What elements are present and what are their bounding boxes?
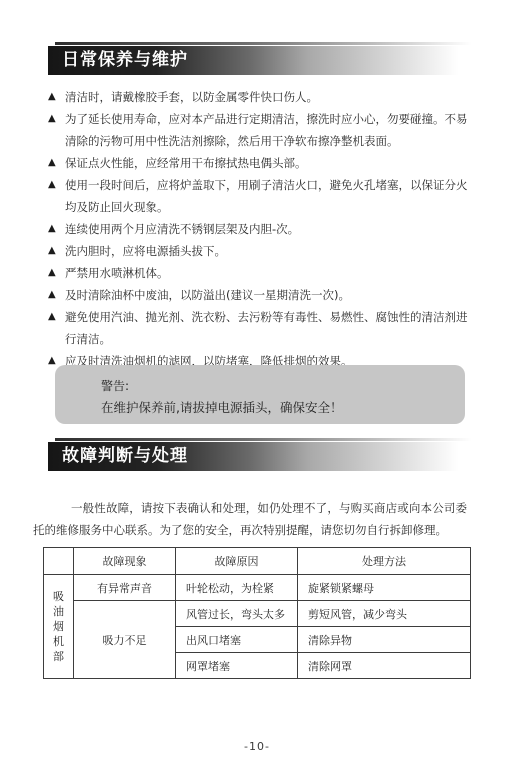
warning-text: 在维护保养前,请拔掉电源插头，确保安全！ bbox=[101, 397, 465, 419]
table-header-empty bbox=[44, 548, 74, 575]
bullet-text: 连续使用两个月应清洗不锈钢层架及内胆-次。 bbox=[65, 218, 473, 240]
section-header-maintenance: 日常保养与维护 bbox=[48, 42, 480, 75]
warning-box: 警告: 在维护保养前,请拔掉电源插头，确保安全！ bbox=[55, 365, 465, 424]
cell-cause: 风管过长，弯头太多 bbox=[176, 601, 298, 627]
table-header-phenomenon: 故障现象 bbox=[74, 548, 176, 575]
fault-table: 故障现象 故障原因 处理方法 吸油烟机部 有异常声音 叶轮松动，为栓紧 旋紧锁紧… bbox=[43, 547, 471, 679]
triangle-bullet-icon: ▲ bbox=[48, 86, 65, 108]
triangle-bullet-icon: ▲ bbox=[48, 240, 65, 262]
table-header-solution: 处理方法 bbox=[298, 548, 471, 575]
cell-solution: 旋紧锁紧螺母 bbox=[298, 575, 471, 601]
triangle-bullet-icon: ▲ bbox=[48, 306, 65, 350]
section-title-troubleshooting: 故障判断与处理 bbox=[48, 442, 480, 471]
table-row: 吸油烟机部 有异常声音 叶轮松动，为栓紧 旋紧锁紧螺母 bbox=[44, 575, 471, 601]
header-accent-line bbox=[55, 438, 480, 441]
table-group-label: 吸油烟机部 bbox=[44, 575, 74, 679]
list-item: ▲使用一段时间后，应将炉盖取下，用刷子清洁火口，避免火孔堵塞，以保证分火均及防止… bbox=[48, 174, 474, 218]
page-number: -10- bbox=[0, 740, 514, 753]
bullet-text: 洗内胆时，应将电源插头拔下。 bbox=[65, 240, 473, 262]
section-header-troubleshooting: 故障判断与处理 bbox=[48, 438, 480, 471]
table-header-row: 故障现象 故障原因 处理方法 bbox=[44, 548, 471, 575]
bullet-text: 严禁用水喷淋机体。 bbox=[65, 262, 473, 284]
triangle-bullet-icon: ▲ bbox=[48, 262, 65, 284]
cell-solution: 剪短风管，减少弯头 bbox=[298, 601, 471, 627]
cell-cause: 出风口堵塞 bbox=[176, 627, 298, 653]
list-item: ▲避免使用汽油、抛光剂、洗衣粉、去污粉等有毒性、易燃性、腐蚀性的清洁剂进行清洁。 bbox=[48, 306, 474, 350]
cell-phenomenon: 吸力不足 bbox=[74, 601, 176, 679]
warning-label: 警告: bbox=[101, 375, 465, 397]
triangle-bullet-icon: ▲ bbox=[48, 108, 65, 152]
maintenance-bullet-list: ▲清洁时，请戴橡胶手套，以防金属零件快口伤人。 ▲为了延长使用寿命，应对本产品进… bbox=[48, 86, 474, 372]
list-item: ▲严禁用水喷淋机体。 bbox=[48, 262, 474, 284]
table-header-cause: 故障原因 bbox=[176, 548, 298, 575]
triangle-bullet-icon: ▲ bbox=[48, 284, 65, 306]
bullet-text: 及时清除油杯中废油，以防溢出(建议一星期清洗一次)。 bbox=[65, 284, 473, 306]
bullet-text: 保证点火性能，应经常用干布擦拭热电偶头部。 bbox=[65, 152, 473, 174]
cell-cause: 叶轮松动，为栓紧 bbox=[176, 575, 298, 601]
vertical-group-text: 吸油烟机部 bbox=[52, 589, 65, 664]
section-title-maintenance: 日常保养与维护 bbox=[48, 46, 480, 75]
triangle-bullet-icon: ▲ bbox=[48, 152, 65, 174]
list-item: ▲洗内胆时，应将电源插头拔下。 bbox=[48, 240, 474, 262]
header-accent-line bbox=[55, 42, 480, 45]
list-item: ▲清洁时，请戴橡胶手套，以防金属零件快口伤人。 bbox=[48, 86, 474, 108]
troubleshooting-intro: 一般性故障，请按下表确认和处理，如仍处理不了，与购买商店或向本公司委托的维修服务… bbox=[33, 497, 467, 541]
manual-page: 日常保养与维护 ▲清洁时，请戴橡胶手套，以防金属零件快口伤人。 ▲为了延长使用寿… bbox=[0, 0, 514, 774]
cell-solution: 清除异物 bbox=[298, 627, 471, 653]
list-item: ▲连续使用两个月应清洗不锈钢层架及内胆-次。 bbox=[48, 218, 474, 240]
bullet-text: 避免使用汽油、抛光剂、洗衣粉、去污粉等有毒性、易燃性、腐蚀性的清洁剂进行清洁。 bbox=[65, 306, 473, 350]
list-item: ▲为了延长使用寿命，应对本产品进行定期清洁，擦洗时应小心，勿要碰撞。不易清除的污… bbox=[48, 108, 474, 152]
bullet-text: 为了延长使用寿命，应对本产品进行定期清洁，擦洗时应小心，勿要碰撞。不易清除的污物… bbox=[65, 108, 473, 152]
cell-cause: 网罩堵塞 bbox=[176, 653, 298, 679]
list-item: ▲及时清除油杯中废油，以防溢出(建议一星期清洗一次)。 bbox=[48, 284, 474, 306]
bullet-text: 清洁时，请戴橡胶手套，以防金属零件快口伤人。 bbox=[65, 86, 473, 108]
triangle-bullet-icon: ▲ bbox=[48, 174, 65, 218]
list-item: ▲保证点火性能，应经常用干布擦拭热电偶头部。 bbox=[48, 152, 474, 174]
table-row: 吸力不足 风管过长，弯头太多 剪短风管，减少弯头 bbox=[44, 601, 471, 627]
triangle-bullet-icon: ▲ bbox=[48, 218, 65, 240]
cell-phenomenon: 有异常声音 bbox=[74, 575, 176, 601]
bullet-text: 使用一段时间后，应将炉盖取下，用刷子清洁火口，避免火孔堵塞，以保证分火均及防止回… bbox=[65, 174, 473, 218]
cell-solution: 清除网罩 bbox=[298, 653, 471, 679]
